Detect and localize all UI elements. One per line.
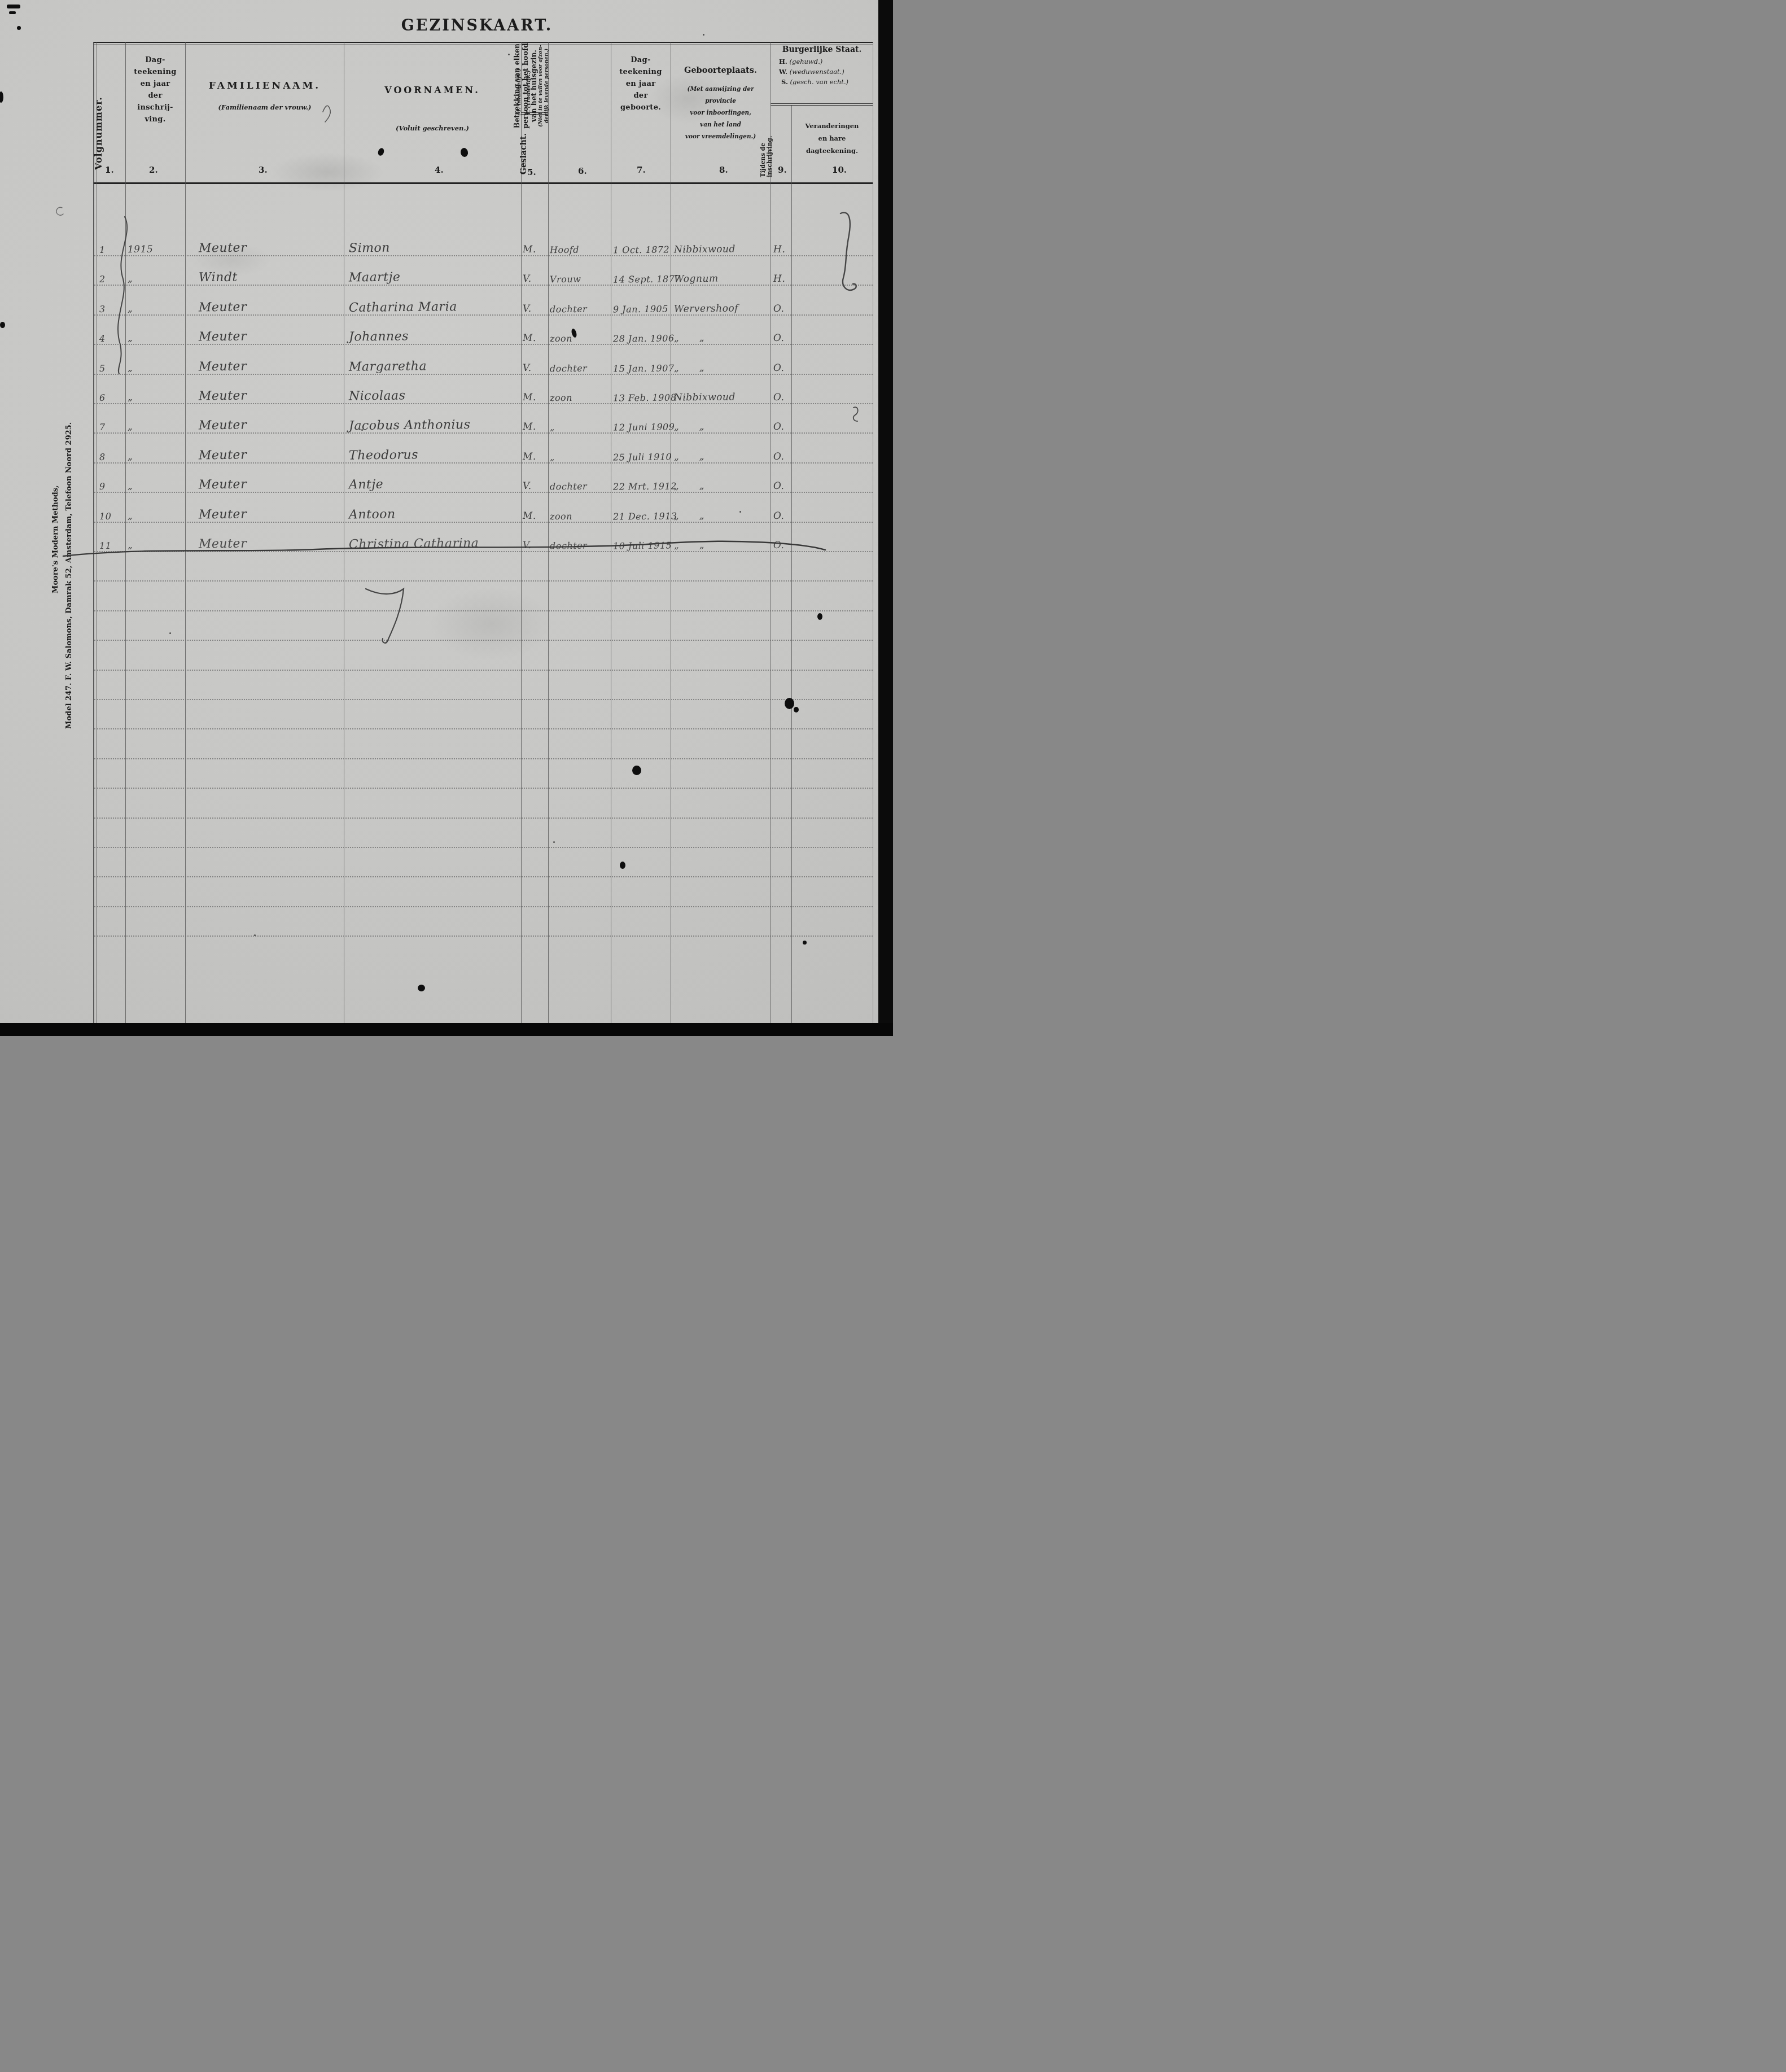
col-line-5-6 bbox=[548, 42, 549, 1023]
table-top-rule-2 bbox=[93, 45, 873, 45]
stain bbox=[429, 587, 553, 661]
speck bbox=[254, 934, 256, 936]
cell-fam: Meuter bbox=[199, 300, 247, 314]
cell-fam: Meuter bbox=[199, 359, 247, 374]
cell-vol: 10 bbox=[99, 510, 112, 521]
cell-dag: „ bbox=[128, 510, 133, 522]
cell-dag: „ bbox=[128, 392, 133, 403]
column-header-voornamen-sub: (Voluit geschreven.) bbox=[345, 124, 520, 132]
speck bbox=[508, 54, 510, 55]
cell-vol: 11 bbox=[99, 540, 112, 551]
row-rule bbox=[94, 876, 873, 877]
legend-item: W. (weduwenstaat.) bbox=[779, 68, 872, 76]
speck bbox=[294, 82, 295, 84]
cell-fam: Meuter bbox=[199, 507, 247, 522]
cell-geb_datum: 13 Feb. 1908 bbox=[613, 392, 676, 403]
row-rule bbox=[94, 255, 873, 256]
row-rule bbox=[94, 580, 873, 582]
cell-geb_datum: 28 Jan. 1906 bbox=[613, 333, 675, 344]
cell-fam: Meuter bbox=[199, 478, 247, 492]
column-header-familienaam: FAMILIENAAM. bbox=[186, 80, 343, 91]
row-rule bbox=[94, 551, 873, 552]
legend-desc: (gehuwd.) bbox=[790, 58, 823, 65]
col-num-2: 2. bbox=[149, 165, 158, 175]
legend-key: S. bbox=[781, 78, 788, 86]
column-header-familienaam-sub: (Familienaam der vrouw.) bbox=[186, 103, 343, 111]
cell-ges: V. bbox=[523, 303, 532, 314]
cell-betr: zoon bbox=[550, 392, 572, 403]
cell-fam: Windt bbox=[199, 270, 238, 285]
cell-fam: Meuter bbox=[199, 389, 247, 404]
cell-geb_datum: 21 Dec. 1913 bbox=[613, 510, 677, 522]
speck bbox=[361, 429, 363, 431]
ink-blot bbox=[817, 613, 822, 620]
cell-vol: 6 bbox=[99, 392, 106, 403]
cell-dag: „ bbox=[128, 333, 133, 344]
column-header-betrekking: Betrekking van elken persoon tot het hoo… bbox=[513, 15, 550, 156]
cell-dag: „ bbox=[128, 362, 133, 374]
cell-betr: dochter bbox=[550, 540, 587, 552]
cell-voor: Theodorus bbox=[349, 448, 418, 462]
margin-imprint-line1: Moore's Modern Methods, bbox=[51, 485, 60, 593]
cell-fam: Meuter bbox=[199, 448, 247, 462]
legend-desc: (weduwenstaat.) bbox=[790, 68, 844, 76]
col-num-5: 5. bbox=[527, 167, 536, 177]
column-header-volgnummer: Volgnummer. bbox=[93, 97, 104, 170]
cell-staat: O. bbox=[773, 451, 785, 462]
cell-geb_datum: 25 Juli 1910 bbox=[613, 451, 672, 462]
row-rule bbox=[94, 640, 873, 641]
col-line-8-9 bbox=[771, 42, 771, 1023]
cell-staat: O. bbox=[773, 392, 785, 403]
legend-key: W. bbox=[779, 68, 787, 76]
ink-blot bbox=[632, 766, 641, 775]
cell-vol: 8 bbox=[99, 452, 106, 462]
cell-staat: O. bbox=[773, 540, 785, 551]
speck bbox=[703, 34, 704, 36]
row-rule bbox=[94, 818, 873, 819]
pen-flourishes bbox=[0, 0, 893, 1036]
cell-geb_datum: 22 Mrt. 1912 bbox=[613, 481, 677, 492]
cell-geb_datum: 12 Juni 1909 bbox=[613, 422, 675, 433]
col-line-7-8 bbox=[671, 42, 671, 1023]
col-line-9-10 bbox=[791, 105, 792, 1023]
ink-blot bbox=[803, 941, 807, 945]
speck bbox=[553, 841, 555, 843]
col-num-7: 7. bbox=[637, 165, 646, 175]
col-num-9: 9. bbox=[778, 165, 787, 175]
ink-blot bbox=[620, 862, 625, 869]
cell-ges: V. bbox=[523, 273, 532, 285]
column-header-geboorteplaats: Geboorteplaats. bbox=[672, 65, 769, 75]
stain bbox=[271, 152, 384, 192]
speck bbox=[169, 632, 171, 634]
cell-fam: Meuter bbox=[199, 537, 247, 552]
row-rule bbox=[94, 285, 873, 286]
row-rule bbox=[94, 936, 873, 937]
col-num-6: 6. bbox=[578, 166, 587, 176]
cell-fam: Meuter bbox=[199, 241, 247, 256]
header-bottom-rule bbox=[93, 182, 873, 184]
table-right-rule bbox=[873, 42, 873, 1023]
col-line-1-2 bbox=[125, 42, 126, 1023]
row-rule bbox=[94, 758, 873, 759]
column-header-veranderingen: Veranderingen en hare dagteekening. bbox=[793, 120, 872, 157]
cell-ges: M. bbox=[523, 421, 536, 432]
row-rule bbox=[94, 788, 873, 789]
seven-flourish bbox=[366, 589, 404, 643]
table-top-rule bbox=[93, 42, 873, 43]
cell-dag: „ bbox=[128, 540, 133, 551]
cell-voor: Margaretha bbox=[349, 359, 427, 374]
col-line-3-4 bbox=[344, 42, 344, 1023]
cell-voor: Antoon bbox=[349, 507, 396, 522]
cell-dag: „ bbox=[128, 303, 133, 314]
cell-betr: dochter bbox=[550, 303, 587, 314]
row-rule bbox=[94, 699, 873, 700]
cell-betr: Hoofd bbox=[550, 244, 579, 256]
row-rule bbox=[94, 610, 873, 611]
cell-geb_plaats: Nibbixwoud bbox=[674, 391, 736, 403]
betrekking-sub: (Niet in te vullen voor afzon- derlijk l… bbox=[538, 15, 550, 156]
cell-ges: M. bbox=[523, 333, 536, 344]
cell-dag: 1915 bbox=[128, 244, 153, 255]
tijdens-label: Tijdens de inschrijving. bbox=[760, 135, 773, 177]
cell-voor: Antje bbox=[349, 478, 384, 492]
cell-betr: Vrouw bbox=[550, 274, 581, 285]
cell-geb_plaats: Nibbixwoud bbox=[674, 243, 736, 255]
burgerlijke-staat-title: Burgerlijke Staat. bbox=[772, 45, 872, 54]
column-header-tijdens-1: Tijdens de inschrijving. bbox=[760, 135, 773, 177]
burgerlijke-staat-legend: Burgerlijke Staat. H. (gehuwd.) W. (wedu… bbox=[772, 45, 872, 86]
row-rule bbox=[94, 906, 873, 907]
cell-staat: O. bbox=[773, 333, 785, 344]
ink-blot bbox=[459, 147, 469, 158]
cell-geb_plaats: „ „ bbox=[674, 540, 704, 552]
cell-ges: M. bbox=[523, 451, 536, 462]
cell-geb_plaats: Wervershoof bbox=[674, 303, 738, 314]
col-num-4: 4. bbox=[435, 165, 444, 175]
cell-geb_datum: 1 Oct. 1872 bbox=[613, 244, 669, 255]
cell-voor: Christina Catharina bbox=[349, 536, 479, 552]
col-num-1: 1. bbox=[105, 165, 114, 175]
cell-geb_plaats: „ „ bbox=[674, 421, 704, 433]
cell-vol: 2 bbox=[99, 274, 106, 285]
scan-edge-bottom bbox=[0, 1023, 893, 1036]
cell-betr: „ bbox=[550, 452, 555, 462]
col-line-4-5 bbox=[521, 42, 522, 1023]
cell-geb_datum: 10 Juli 1915 bbox=[613, 540, 672, 551]
cell-dag: „ bbox=[128, 273, 133, 285]
cell-geb_datum: 15 Jan. 1907 bbox=[613, 362, 675, 374]
row-rule bbox=[94, 344, 873, 345]
cell-betr: dochter bbox=[550, 362, 587, 374]
cell-geb_plaats: „ „ bbox=[674, 333, 704, 344]
col-num-3: 3. bbox=[259, 165, 268, 175]
cell-vol: 9 bbox=[99, 481, 106, 492]
cell-voor: Jacobus Anthonius bbox=[349, 418, 471, 433]
left-margin-rule bbox=[93, 42, 94, 1023]
row-rule bbox=[94, 403, 873, 404]
legend-item: S. (gesch. van echt.) bbox=[781, 78, 872, 86]
left-margin-rule-2 bbox=[97, 42, 97, 1023]
ink-blot bbox=[794, 707, 799, 712]
legend-desc: (gesch. van echt.) bbox=[790, 78, 849, 86]
cell-staat: O. bbox=[773, 362, 785, 373]
staat-divider bbox=[771, 103, 873, 104]
scan-mark bbox=[0, 91, 3, 103]
cell-geb_plaats: „ „ bbox=[674, 451, 704, 463]
cell-staat: H. bbox=[773, 244, 785, 255]
cell-ges: V. bbox=[523, 362, 532, 374]
cell-ges: M. bbox=[523, 392, 536, 403]
col10-flourish bbox=[841, 213, 856, 290]
ink-blot bbox=[377, 147, 385, 157]
cell-ges: M. bbox=[523, 244, 536, 255]
cell-geb_datum: 14 Sept. 1877 bbox=[613, 274, 681, 285]
cell-dag: „ bbox=[128, 480, 133, 492]
gezinskaart-scan: GEZINSKAART. Moore's Modern Methods, Mod… bbox=[0, 0, 893, 1036]
cell-betr: zoon bbox=[550, 510, 572, 521]
cell-vol: 7 bbox=[99, 422, 106, 432]
scan-mark bbox=[9, 11, 16, 14]
column-header-geboortedatum: Dag- teekening en jaar der geboorte. bbox=[612, 54, 669, 113]
cell-staat: O. bbox=[773, 421, 785, 432]
cell-ges: V. bbox=[523, 480, 532, 492]
column-header-geboorteplaats-sub: (Met aanwijzing der provincie voor inboo… bbox=[672, 84, 769, 143]
cell-dag: „ bbox=[128, 421, 133, 432]
col-line-6-7 bbox=[611, 42, 611, 1023]
cell-betr: „ bbox=[550, 422, 555, 432]
pencil-c-mark bbox=[56, 207, 63, 215]
row-rule bbox=[94, 728, 873, 729]
ink-blot bbox=[785, 698, 794, 709]
cell-dag: „ bbox=[128, 451, 133, 462]
cell-voor: Catharina Maria bbox=[349, 300, 457, 315]
cell-betr: zoon bbox=[550, 333, 572, 344]
cell-voor: Nicolaas bbox=[349, 388, 406, 403]
row-rule bbox=[94, 670, 873, 671]
col-line-2-3 bbox=[185, 42, 186, 1023]
ink-blot bbox=[418, 985, 425, 991]
cell-fam: Meuter bbox=[199, 330, 247, 344]
betrekking-main: Betrekking van elken persoon tot het hoo… bbox=[513, 15, 538, 156]
staat-divider-2 bbox=[771, 105, 873, 106]
page-title: GEZINSKAART. bbox=[336, 17, 618, 34]
cell-ges: M. bbox=[523, 510, 536, 521]
row-rule bbox=[94, 847, 873, 848]
col-num-8: 8. bbox=[719, 165, 728, 175]
scan-mark bbox=[17, 26, 21, 30]
col10-squiggle bbox=[853, 407, 858, 421]
scan-mark bbox=[0, 322, 5, 328]
col-num-10: 10. bbox=[832, 165, 847, 175]
cell-staat: O. bbox=[773, 510, 785, 521]
cell-staat: O. bbox=[773, 303, 785, 314]
cell-vol: 1 bbox=[99, 244, 106, 255]
column-header-inschrijving: Dag- teekening en jaar der inschrij- vin… bbox=[126, 54, 184, 125]
margin-imprint-line2: Model 247. F. W. Salomons, Damrak 52, Am… bbox=[65, 422, 73, 729]
cell-geb_plaats: „ „ bbox=[674, 510, 704, 522]
cell-vol: 3 bbox=[99, 304, 106, 314]
scan-edge-right bbox=[878, 0, 893, 1036]
speck bbox=[739, 511, 741, 513]
cell-vol: 5 bbox=[99, 363, 106, 374]
cell-voor: Maartje bbox=[349, 270, 401, 285]
cell-vol: 4 bbox=[99, 333, 106, 344]
cell-geb_plaats: „ „ bbox=[674, 362, 704, 374]
column-header-voornamen: VOORNAMEN. bbox=[345, 85, 520, 95]
scan-mark bbox=[7, 5, 20, 8]
cell-geb_plaats: „ „ bbox=[674, 480, 704, 492]
cell-betr: dochter bbox=[550, 481, 587, 492]
cell-geb_plaats: Wognum bbox=[674, 273, 719, 285]
cell-voor: Simon bbox=[349, 241, 390, 256]
cell-fam: Meuter bbox=[199, 418, 247, 433]
cell-staat: H. bbox=[773, 273, 785, 285]
row-rule bbox=[94, 432, 873, 434]
legend-key: H. bbox=[779, 58, 787, 65]
cell-staat: O. bbox=[773, 480, 785, 492]
cell-ges: V. bbox=[523, 540, 532, 551]
cell-geb_datum: 9 Jan. 1905 bbox=[613, 303, 668, 314]
legend-item: H. (gehuwd.) bbox=[779, 58, 872, 65]
row-rule bbox=[94, 492, 873, 493]
cell-voor: Johannes bbox=[349, 330, 409, 344]
